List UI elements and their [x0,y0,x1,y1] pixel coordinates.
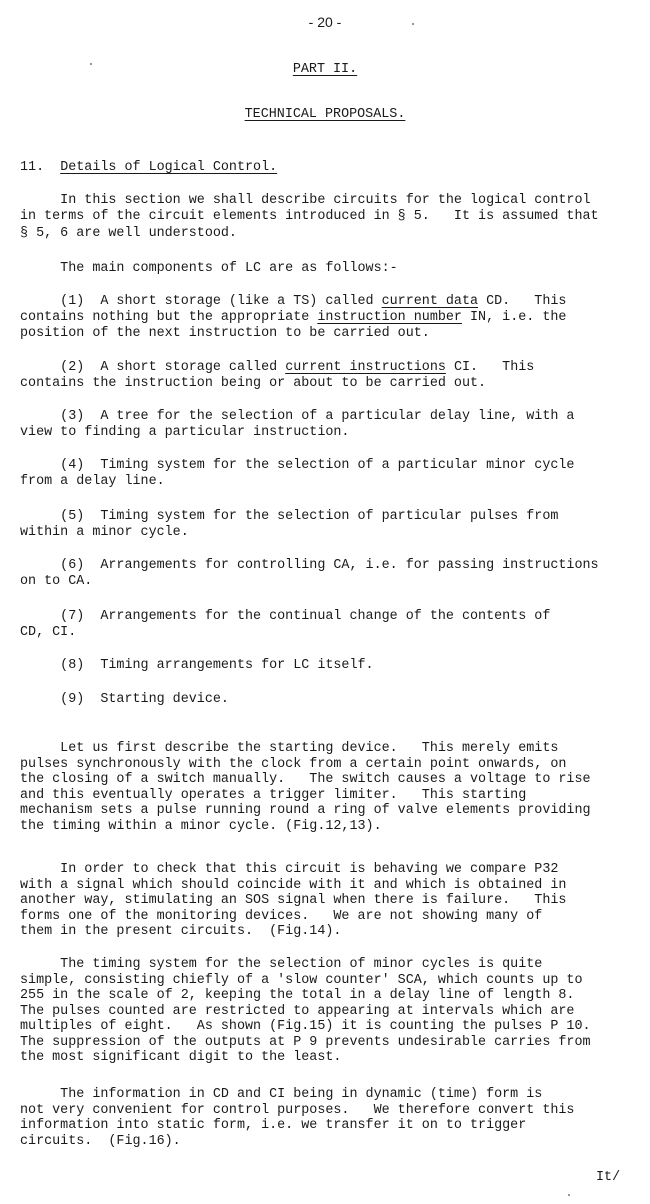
paragraph-line: multiples of eight. As shown (Fig.15) it… [20,1019,591,1035]
paragraph-line: forms one of the monitoring devices. We … [20,909,542,925]
list-item-line: CD, CI. [20,625,76,641]
list-item-line: view to finding a particular instruction… [20,425,349,441]
paragraph-line: simple, consisting chiefly of a 'slow co… [20,973,583,989]
list-item-line: (4) Timing system for the selection of a… [20,458,574,474]
list-item-line: (2) A short storage called current instr… [20,360,534,376]
part-heading-text: PART II. [293,62,357,77]
paragraph-line: mechanism sets a pulse running round a r… [20,803,591,819]
part-heading: PART II. [0,62,650,77]
underlined-term: instruction number [317,310,462,325]
paragraph-line: the closing of a switch manually. The sw… [20,772,591,788]
paragraph-line: with a signal which should coincide with… [20,878,566,894]
section-title-text: Details of Logical Control. [60,160,277,175]
section-number: 11. [20,160,44,175]
list-item-line: within a minor cycle. [20,525,189,541]
section-heading: TECHNICAL PROPOSALS. [0,107,650,122]
list-item-line: (9) Starting device. [20,692,229,708]
list-item-line: (1) A short storage (like a TS) called c… [20,294,566,310]
paragraph-line: Let us first describe the starting devic… [20,741,558,757]
intro-line: in terms of the circuit elements introdu… [20,209,599,225]
paragraph-line: In order to check that this circuit is b… [20,862,558,878]
list-item-line: contains the instruction being or about … [20,376,486,392]
paragraph-line: and this eventually operates a trigger l… [20,788,526,804]
section-title: 11. Details of Logical Control. [20,160,277,176]
intro-line: In this section we shall describe circui… [20,193,591,209]
list-item-line: (7) Arrangements for the continual chang… [20,609,550,625]
paragraph-line: The information in CD and CI being in dy… [20,1087,542,1103]
underlined-term: current data [382,294,478,309]
paragraph-line: circuits. (Fig.16). [20,1134,181,1150]
paragraph-line: them in the present circuits. (Fig.14). [20,924,341,940]
list-item-line: position of the next instruction to be c… [20,326,430,342]
paragraph-line: The pulses counted are restricted to app… [20,1004,574,1020]
scan-speck [568,1194,570,1196]
section-heading-text: TECHNICAL PROPOSALS. [245,107,406,122]
list-item-line: (3) A tree for the selection of a partic… [20,409,574,425]
list-item-line: from a delay line. [20,474,165,490]
list-item-line: (5) Timing system for the selection of p… [20,509,558,525]
list-item-line: on to CA. [20,574,92,590]
components-intro: The main components of LC are as follows… [20,261,398,277]
list-item-line: (8) Timing arrangements for LC itself. [20,658,374,674]
paragraph-line: The timing system for the selection of m… [20,957,542,973]
paragraph-line: 255 in the scale of 2, keeping the total… [20,988,574,1004]
page-number: - 20 - [0,14,650,30]
scan-speck [90,63,92,65]
paragraph-line: information into static form, i.e. we tr… [20,1118,526,1134]
list-item-line: (6) Arrangements for controlling CA, i.e… [20,558,599,574]
paragraph-line: not very convenient for control purposes… [20,1103,574,1119]
paragraph-line: pulses synchronously with the clock from… [20,757,566,773]
catchword: It/ [596,1170,620,1185]
paragraph-line: another way, stimulating an SOS signal w… [20,893,566,909]
paragraph-line: The suppression of the outputs at P 9 pr… [20,1035,591,1051]
intro-line: § 5, 6 are well understood. [20,226,237,242]
list-item-line: contains nothing but the appropriate ins… [20,310,566,326]
paragraph-line: the most significant digit to the least. [20,1050,341,1066]
scan-speck [412,23,414,25]
underlined-term: current instructions [285,360,446,375]
paragraph-line: the timing within a minor cycle. (Fig.12… [20,819,382,835]
